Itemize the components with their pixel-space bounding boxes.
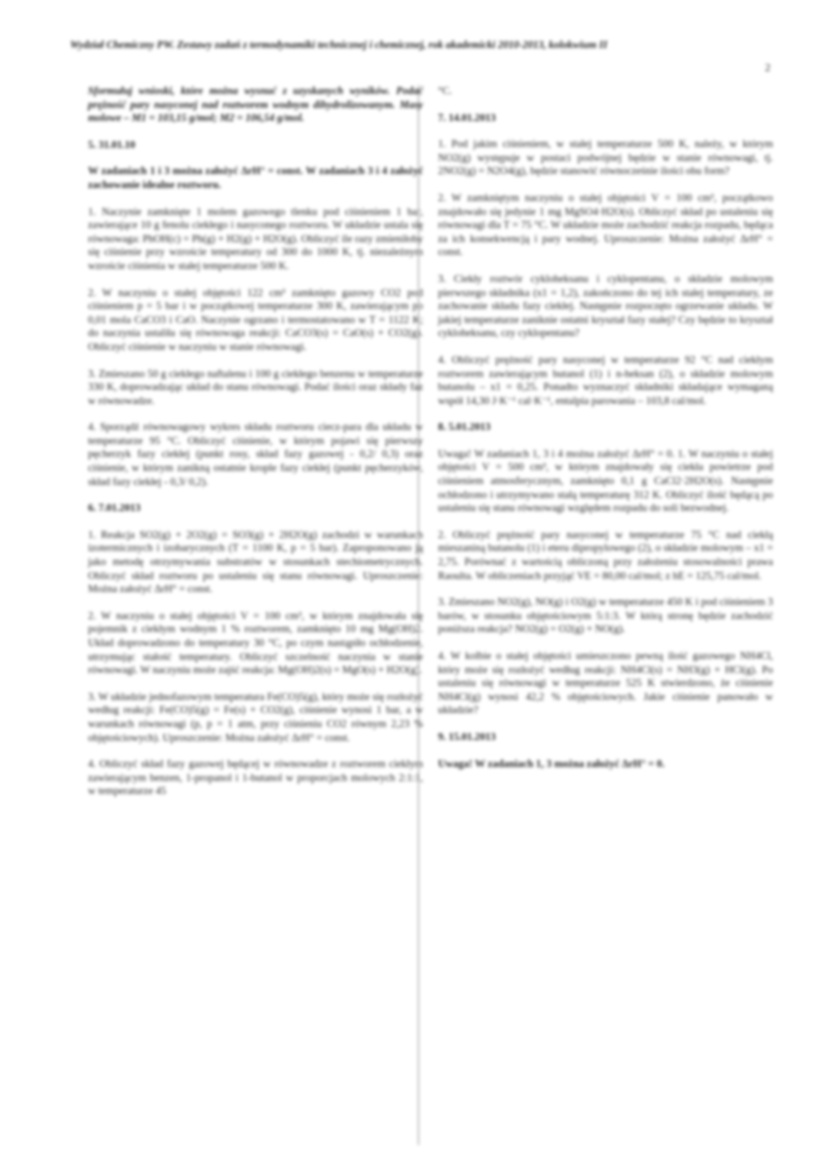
- paragraph: W zadaniach 1 i 3 można założyć ΔrH° = c…: [88, 165, 423, 192]
- paragraph: °C.: [438, 85, 773, 99]
- running-header: Wydział Chemiczny PW. Zestawy zadań z te…: [70, 40, 607, 51]
- paragraph: Uwaga! W zadaniach 1, 3 i 4 można założy…: [438, 448, 773, 516]
- paragraph: 2. W zamkniętym naczyniu o stałej objęto…: [438, 192, 773, 260]
- paragraph: 2. W naczyniu o stałej objętości V = 100…: [88, 610, 423, 678]
- paragraph: Sformułuj wnioski, które można wysnuć z …: [88, 85, 423, 126]
- paragraph: 2. W naczyniu o stałej objętości 122 cm³…: [88, 287, 423, 355]
- paragraph: Uwaga! W zadaniach 1, 3 można założyć Δr…: [438, 758, 773, 772]
- page-number: 2: [765, 62, 771, 74]
- section-heading: 9. 15.01.2013: [438, 731, 773, 745]
- paragraph: 4. Obliczyć prężność pary nasyconej w te…: [438, 354, 773, 408]
- paragraph: 1. Reakcja SO2(g) + 2O2(g) = SO3(g) + 2H…: [88, 529, 423, 597]
- paragraph: 1. Naczynie zamknięte 1 molem gazowego t…: [88, 206, 423, 274]
- section-heading: 5. 31.01.10: [88, 139, 423, 153]
- document-page: Wydział Chemiczny PW. Zestawy zadań z te…: [0, 0, 827, 1169]
- paragraph: 3. Ciekły roztwór cykloheksanu i cyklope…: [438, 273, 773, 341]
- section-heading: 7. 14.01.2013: [438, 112, 773, 126]
- paragraph: 1. Pod jakim ciśnieniem, w stałej temper…: [438, 138, 773, 179]
- right-column: °C.7. 14.01.20131. Pod jakim ciśnieniem,…: [438, 85, 773, 784]
- section-heading: 6. 7.01.2013: [88, 502, 423, 516]
- paragraph: 3. Zmieszano NO2(g), NO(g) i O2(g) w tem…: [438, 596, 773, 637]
- left-column: Sformułuj wnioski, które można wysnuć z …: [88, 85, 423, 812]
- paragraph: 4. Obliczyć skład fazy gazowej będącej w…: [88, 758, 423, 799]
- paragraph: 3. W układzie jednofazowym temperatura F…: [88, 691, 423, 745]
- paragraph: 4. W kolbie o stałej objętości umieszczo…: [438, 650, 773, 718]
- section-heading: 8. 5.01.2013: [438, 421, 773, 435]
- paragraph: 2. Obliczyć prężność pary nasyconej w te…: [438, 529, 773, 583]
- paragraph: 4. Sporządź równowagowy wykres składu ro…: [88, 421, 423, 489]
- column-divider: [418, 85, 419, 1145]
- paragraph: 3. Zmieszano 50 g ciekłego naftalenu i 1…: [88, 368, 423, 409]
